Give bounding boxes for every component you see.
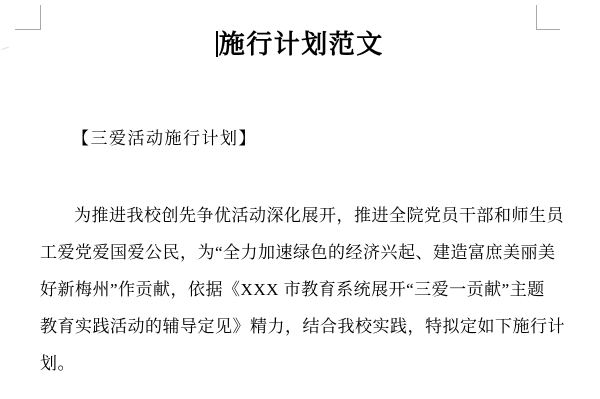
document-page: 施行计划范文 【三爱活动施行计划】 为推进我校创先争优活动深化展开，推进全院党员… bbox=[0, 0, 600, 399]
body-line: 为推进我校创先争优活动深化展开，推进全院党员干部和师生员 bbox=[40, 197, 554, 234]
section-heading[interactable]: 【三爱活动施行计划】 bbox=[72, 121, 257, 157]
text-cursor bbox=[216, 31, 218, 57]
body-line: 教育实践活动的辅导定见》精力，结合我校实践，特拟定如下施行计 bbox=[40, 308, 554, 345]
document-title[interactable]: 施行计划范文 bbox=[0, 26, 600, 64]
document-title-text: 施行计划范文 bbox=[219, 30, 384, 59]
body-paragraph[interactable]: 为推进我校创先争优活动深化展开，推进全院党员干部和师生员 工爱党爱国爱公民，为“… bbox=[40, 197, 554, 382]
body-line: 工爱党爱国爱公民，为“全力加速绿色的经济兴起、建造富庶美丽美 bbox=[40, 234, 554, 271]
body-line: 划。 bbox=[40, 345, 554, 382]
body-line: 好新梅州”作贡献，依据《XXX 市教育系统展开“三爱一贡献”主题 bbox=[40, 271, 554, 308]
